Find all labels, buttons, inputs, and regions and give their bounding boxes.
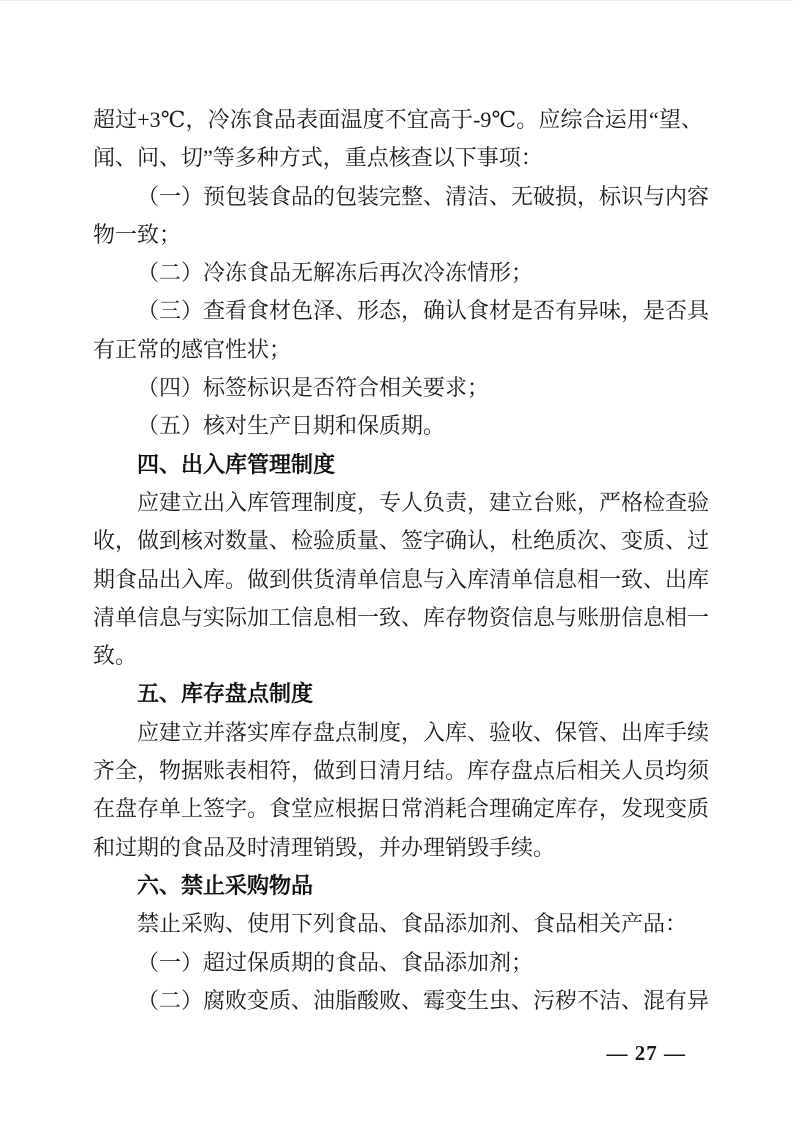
text-line: （四）标签标识是否符合相关要求； bbox=[93, 369, 703, 407]
text-line: 清单信息与实际加工信息相一致、库存物资信息与账册信息相一 bbox=[93, 599, 703, 637]
text-line: 收，做到核对数量、检验质量、签字确认，杜绝质次、变质、过 bbox=[93, 522, 703, 560]
text-line: （一）预包装食品的包装完整、清洁、无破损，标识与内容 bbox=[93, 178, 703, 216]
page-number: — 27 — bbox=[607, 1039, 687, 1067]
text-line: 应建立出入库管理制度，专人负责，建立台账，严格检查验 bbox=[93, 484, 703, 522]
text-line: 和过期的食品及时清理销毁，并办理销毁手续。 bbox=[93, 829, 703, 867]
text-line: 超过+3℃，冷冻食品表面温度不宜高于-9℃。应综合运用“望、 bbox=[93, 101, 703, 139]
section-heading: 四、出入库管理制度 bbox=[93, 446, 703, 484]
text-line: 闻、问、切”等多种方式，重点核查以下事项： bbox=[93, 139, 703, 177]
text-line: （二）冷冻食品无解冻后再次冷冻情形； bbox=[93, 254, 703, 292]
text-line: 致。 bbox=[93, 637, 703, 675]
text-line: （一）超过保质期的食品、食品添加剂； bbox=[93, 944, 703, 982]
section-heading: 五、库存盘点制度 bbox=[93, 675, 703, 713]
text-line: 有正常的感官性状； bbox=[93, 331, 703, 369]
section-heading: 六、禁止采购物品 bbox=[93, 867, 703, 905]
text-block: 超过+3℃，冷冻食品表面温度不宜高于-9℃。应综合运用“望、闻、问、切”等多种方… bbox=[93, 101, 703, 1020]
text-line: 齐全，物据账表相符，做到日清月结。库存盘点后相关人员均须 bbox=[93, 752, 703, 790]
text-line: 应建立并落实库存盘点制度，入库、验收、保管、出库手续 bbox=[93, 714, 703, 752]
text-line: 期食品出入库。做到供货清单信息与入库清单信息相一致、出库 bbox=[93, 561, 703, 599]
document-page: 超过+3℃，冷冻食品表面温度不宜高于-9℃。应综合运用“望、闻、问、切”等多种方… bbox=[0, 0, 793, 1122]
text-line: 禁止采购、使用下列食品、食品添加剂、食品相关产品： bbox=[93, 905, 703, 943]
text-line: （三）查看食材色泽、形态，确认食材是否有异味，是否具 bbox=[93, 292, 703, 330]
text-line: （五）核对生产日期和保质期。 bbox=[93, 407, 703, 445]
text-line: 在盘存单上签字。食堂应根据日常消耗合理确定库存，发现变质 bbox=[93, 790, 703, 828]
text-line: （二）腐败变质、油脂酸败、霉变生虫、污秽不洁、混有异 bbox=[93, 982, 703, 1020]
text-line: 物一致； bbox=[93, 216, 703, 254]
